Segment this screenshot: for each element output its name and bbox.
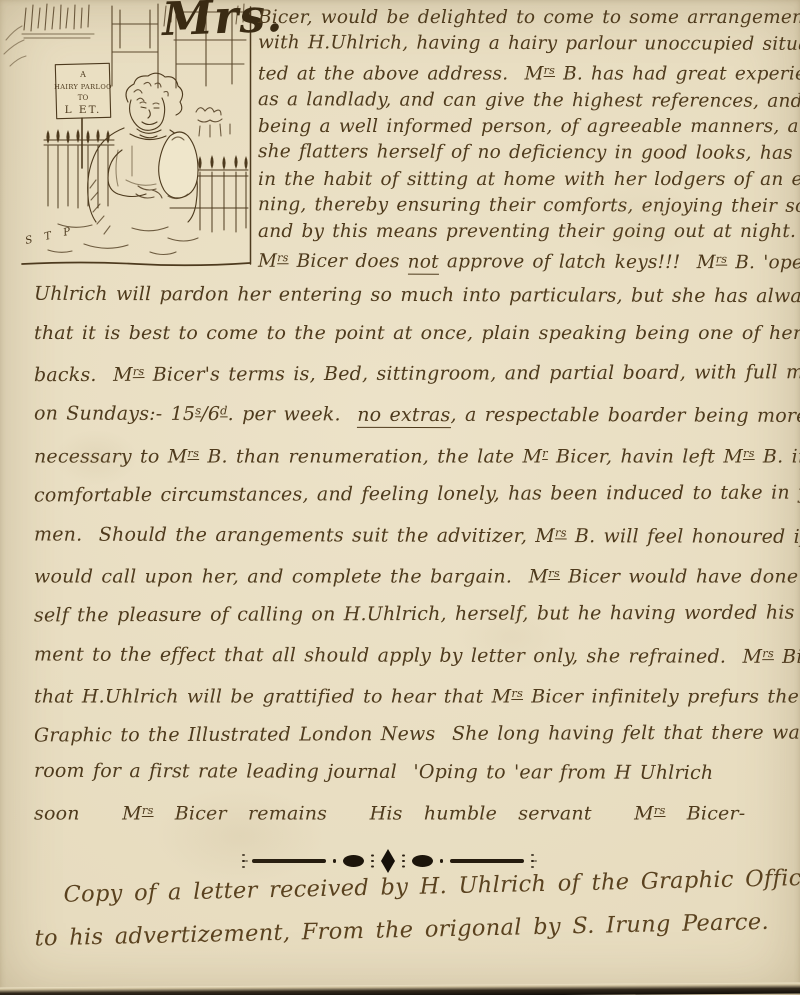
scanned-letter-page: A HAIRY PARLOO TO L ET. S T P Mrs. Bicer… [0, 0, 800, 995]
colon-icon [402, 860, 405, 863]
text-segment: with H.Uhlrich, having a hairy parlour u… [258, 32, 800, 55]
sign-line-1: A [79, 70, 86, 79]
text-segment: , a respectable boarder being more [450, 404, 800, 427]
letter-line: as a landlady, and can give the highest … [258, 87, 798, 115]
letter-line: in the habit of sitting at home with her… [258, 167, 798, 193]
dot-icon [440, 859, 443, 862]
text-segment: and by this means preventing their going… [258, 221, 796, 242]
text-segment: rs [277, 251, 288, 264]
text-segment: Bicer remains His humble servant M [154, 802, 654, 824]
letter-line: comfortable circumstances, and feeling l… [34, 475, 798, 516]
flourish-dots-icon [531, 860, 534, 863]
letter-line: room for a first rate leading journal 'O… [34, 753, 798, 793]
caption-block: Copy of a letter received by H. Uhlrich … [27, 865, 788, 951]
text-segment: that H.Uhlrich will be grattified to hea… [34, 686, 511, 708]
letter-line: ment to the effect that all should apply… [34, 633, 798, 677]
text-segment: ted at the above address. M [258, 63, 544, 84]
dash-icon [450, 859, 524, 862]
letter-line: would call upon her, and complete the ba… [34, 555, 798, 596]
text-segment: as a landlady, and can give the highest … [258, 89, 800, 112]
letter-line: on Sundays:- 15s/6d. per week. no extras… [34, 392, 798, 436]
landlady-figure [126, 73, 183, 115]
illustration-panel: A HAIRY PARLOO TO L ET. S T P Mrs. [0, 0, 256, 270]
dash-icon [252, 859, 326, 862]
text-segment: rs [548, 566, 560, 580]
text-segment: Uhlrich will pardon her entering so much… [34, 283, 800, 308]
text-segment: in the habit of sitting at home with her… [258, 169, 800, 190]
letter-line: necessary to Mrs B. than renumeration, t… [34, 435, 798, 476]
text-segment: Bicer does [289, 250, 408, 271]
text-segment: rs [142, 803, 154, 817]
panel-border [22, 263, 250, 266]
letter-opening-column: Bicer, would be delighted to come to som… [258, 5, 798, 276]
text-segment: rs [654, 803, 666, 817]
text-segment: comfortable circumstances, and feeling l… [34, 481, 800, 506]
text-segment: /6 [201, 403, 220, 425]
letter-line: ted at the above address. Mrs B. has had… [258, 58, 798, 88]
letter-line: being a well informed person, of agreeab… [258, 114, 798, 140]
text-segment: Bicer, would be delighted to come to som… [258, 7, 800, 28]
text-segment: rs [133, 364, 145, 378]
letter-line: backs. Mrs Bicer's terms is, Bed, sittin… [34, 351, 798, 395]
text-segment: rs [187, 446, 199, 460]
text-segment: rs [555, 525, 567, 539]
text-segment: room for a first rate leading journal 'O… [34, 760, 713, 784]
text-segment: being a well informed person, of agreeab… [258, 116, 800, 137]
text-segment: self the pleasure of calling on H.Uhlric… [34, 601, 800, 626]
letter-line: ning, thereby ensuring their comforts, e… [258, 192, 798, 220]
text-segment: M [258, 250, 277, 271]
diamond-icon [381, 849, 395, 873]
letter-line: that it is best to come to the point at … [34, 315, 798, 353]
letter-line: she flatters herself of no deficiency in… [258, 139, 798, 167]
text-segment: B. will feel honoured if he [567, 525, 800, 548]
letter-line: self the pleasure of calling on H.Uhlric… [34, 595, 798, 636]
text-segment: d [220, 404, 228, 418]
paper-bottom-edge [0, 983, 800, 995]
text-segment: necessary to M [34, 445, 187, 467]
letter-line: men. Should the arangements suit the adv… [34, 512, 798, 556]
text-segment: soon M [34, 802, 142, 824]
oval-icon [412, 855, 433, 867]
letter-line: that H.Uhlrich will be grattified to hea… [34, 675, 798, 716]
text-segment: on Sundays:- 15 [34, 403, 195, 426]
text-segment: that it is best to come to the point at … [34, 322, 800, 344]
letter-line: and by this means preventing their going… [258, 219, 798, 245]
text-segment: rs [716, 252, 727, 265]
text-segment: B. has had great experience [555, 63, 800, 84]
text-segment: she flatters herself of no deficiency in… [258, 141, 800, 164]
text-segment: . per week. [228, 404, 358, 426]
text-segment: rs [762, 646, 774, 660]
text-segment: rs [544, 64, 555, 77]
text-segment: ning, thereby ensuring their comforts, e… [258, 194, 800, 217]
text-segment: Bicer's terms is, Bed, sittingroom, and … [144, 361, 800, 386]
underlined-text: not [408, 251, 439, 274]
letter-line: Uhlrich will pardon her entering so much… [34, 276, 798, 316]
text-segment: Bicer, havin left M [548, 445, 743, 467]
letter-line: Mrs Bicer does not approve of latch keys… [258, 245, 798, 277]
text-segment: B. than renumeration, the late M [199, 445, 542, 467]
sign-line-2: HAIRY PARLOO [54, 83, 112, 91]
text-segment: Bicer would have done her [560, 566, 800, 588]
letter-line: soon Mrs Bicer remains His humble servan… [34, 792, 798, 833]
sign-line-3: TO [78, 94, 89, 102]
letter-line: with H.Uhlrich, having a hairy parlour u… [258, 30, 798, 58]
text-segment: ment to the effect that all should apply… [34, 643, 762, 667]
oval-icon [343, 855, 364, 867]
letter-line: Bicer, would be delighted to come to som… [258, 5, 798, 31]
letter-line: Graphic to the Illustrated London News S… [34, 715, 798, 756]
sign-line-4: L ET. [65, 104, 102, 116]
text-segment: backs. M [34, 364, 133, 386]
dot-icon [333, 859, 336, 862]
colon-icon [371, 860, 374, 863]
text-segment: Graphic to the Illustrated London News S… [34, 722, 800, 747]
flourish-dots-icon [242, 860, 245, 863]
text-segment: B. in [755, 445, 800, 467]
underlined-text: no extras [357, 404, 450, 428]
caption-line-2: to his advertizement, From the origonal … [34, 908, 788, 951]
text-segment: men. Should the arangements suit the adv… [34, 523, 555, 547]
text-segment: Bicer infinitely prefurs the. [523, 686, 800, 708]
text-segment: would call upon her, and complete the ba… [34, 566, 548, 588]
letter-body: Uhlrich will pardon her entering so much… [34, 277, 798, 833]
text-segment: Bicer feels [774, 646, 800, 668]
text-segment: rs [511, 686, 523, 700]
text-segment: rs [743, 446, 755, 460]
text-segment: approve of latch keys!!! M [439, 251, 716, 273]
text-segment: B. 'opes H. [727, 252, 800, 273]
text-segment: Bicer- [666, 802, 746, 824]
artist-initials: S T P [24, 225, 76, 247]
